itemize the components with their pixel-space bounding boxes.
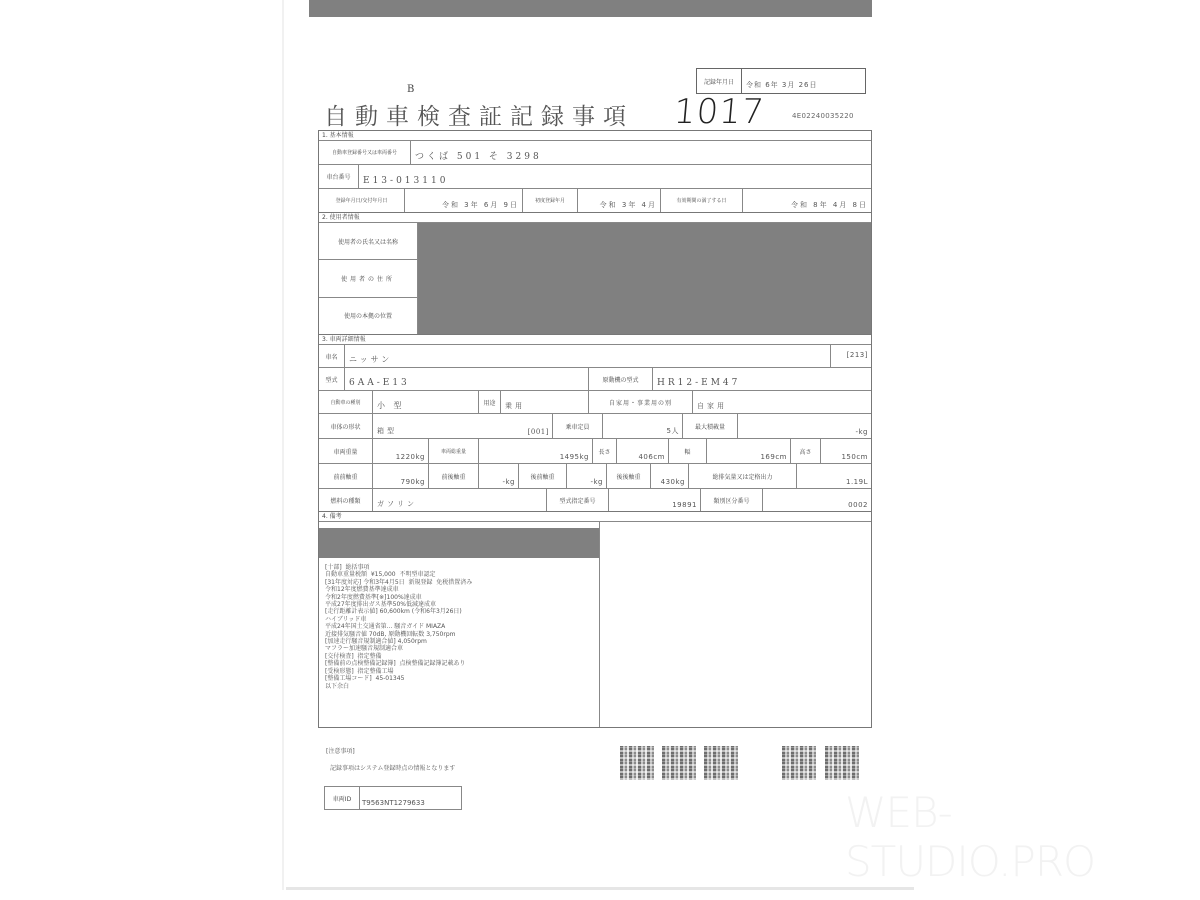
model-row: 型式 6AA-E13 原動機の型式 HR12-EM47 xyxy=(319,367,871,390)
rear-axle-label: 後後軸重 xyxy=(607,464,651,488)
qr-code-5-icon xyxy=(825,746,859,780)
type-row: 自動車の種別 小 型 用途 乗用 自家用・事業用の別 自家用 xyxy=(319,390,871,413)
model-value: 6AA-E13 xyxy=(345,368,589,390)
first-year-label: 初度登録年月 xyxy=(523,189,578,212)
remarks-right-panel xyxy=(600,522,871,727)
remarks-block: [十部] 総括事項 自動車重量税額 ¥15,000 不明型車認定 [31年度対応… xyxy=(319,521,871,727)
remarks-left-panel: [十部] 総括事項 自動車重量税額 ¥15,000 不明型車認定 [31年度対応… xyxy=(319,522,600,727)
body-value-text: 箱型 xyxy=(377,426,397,436)
gross-weight-label: 車両総重量 xyxy=(429,439,479,463)
engine-label: 原動機の型式 xyxy=(589,368,653,390)
registration-row: 自動車登録番号又は車両番号 つくば 501 そ 3298 xyxy=(319,140,871,164)
page-edge xyxy=(282,0,284,890)
length-label: 長さ xyxy=(593,439,617,463)
rear-front-axle-label: 後前軸重 xyxy=(519,464,567,488)
registration-value: つくば 501 そ 3298 xyxy=(411,141,871,164)
model-label: 型式 xyxy=(319,368,345,390)
handwritten-note: 1017 xyxy=(672,92,766,132)
notes-text: 記録事項はシステム登録時点の情報となります xyxy=(330,763,455,772)
remarks-redaction xyxy=(319,528,599,558)
user-info-labels: 使用者の氏名又は名称 使用者の住所 使用の本拠の位置 xyxy=(319,223,418,334)
fuel-row: 燃料の種類 ガソリン 型式指定番号 19891 類別区分番号 0002 xyxy=(319,488,871,511)
body-value: 箱型 [001] xyxy=(373,414,553,438)
front-axle-label: 前前軸重 xyxy=(319,464,373,488)
issue-date-box: 記録年月日 令和 6年 3月 26日 xyxy=(696,68,866,94)
expiry-value: 令和 8年 4月 8日 xyxy=(743,189,871,212)
displacement-label: 総排気量又は定格出力 xyxy=(689,464,797,488)
document-title: 自動車検査証記録事項 xyxy=(324,98,634,131)
capacity-value: 5人 xyxy=(603,414,683,438)
body-code: [001] xyxy=(528,428,549,436)
category-value: 0002 xyxy=(763,489,871,511)
chassis-value: E13-013110 xyxy=(359,165,871,188)
weight-value: 1220kg xyxy=(373,439,429,463)
series-letter: B xyxy=(407,84,414,95)
height-value: 150cm xyxy=(821,439,871,463)
notes-heading: [注意事項] xyxy=(326,746,355,755)
max-load-value: -kg xyxy=(738,414,871,438)
user-info-redaction xyxy=(418,223,871,334)
vehicle-id-label: 車両ID xyxy=(325,787,360,809)
vehicle-id-box: 車両ID T9563NT1279633 xyxy=(324,786,462,810)
length-value: 406cm xyxy=(617,439,669,463)
user-name-label: 使用者の氏名又は名称 xyxy=(319,223,417,259)
rear-axle-value: 430kg xyxy=(651,464,689,488)
user-info-block: 使用者の氏名又は名称 使用者の住所 使用の本拠の位置 xyxy=(319,222,871,334)
registration-label: 自動車登録番号又は車両番号 xyxy=(319,141,411,164)
type-approval-label: 型式指定番号 xyxy=(547,489,609,511)
dates-row: 登録年月日/交付年月日 令和 3年 6月 9日 初度登録年月 令和 3年 4月 … xyxy=(319,188,871,212)
width-label: 幅 xyxy=(669,439,707,463)
max-load-label: 最大積載量 xyxy=(683,414,738,438)
document-number: 4E02240035220 xyxy=(792,112,854,120)
use-value: 乗用 xyxy=(501,391,589,413)
section4-heading: 4. 備考 xyxy=(319,511,871,521)
gross-weight-value: 1495kg xyxy=(479,439,593,463)
use-label: 用途 xyxy=(479,391,501,413)
first-year-value: 令和 3年 4月 xyxy=(578,189,661,212)
section3-heading: 3. 車両詳細情報 xyxy=(319,334,871,344)
make-value: ニッサン xyxy=(345,345,831,367)
page-edge-bottom xyxy=(286,887,914,890)
front-axle-value: 790kg xyxy=(373,464,429,488)
rear-front-axle-value: -kg xyxy=(567,464,607,488)
front-rear-axle-value: -kg xyxy=(479,464,519,488)
chassis-row: 車台番号 E13-013110 xyxy=(319,164,871,188)
width-value: 169cm xyxy=(707,439,791,463)
qr-code-3-icon xyxy=(704,746,738,780)
expiry-label: 有効期間の満了する日 xyxy=(661,189,743,212)
first-reg-value: 令和 3年 6月 9日 xyxy=(405,189,523,212)
qr-code-4-icon xyxy=(782,746,816,780)
displacement-value: 1.19L xyxy=(797,464,871,488)
fuel-value: ガソリン xyxy=(373,489,547,511)
make-row: 車名 ニッサン [213] xyxy=(319,344,871,367)
axle-row: 前前軸重 790kg 前後軸重 -kg 後前軸重 -kg 後後軸重 430kg … xyxy=(319,463,871,488)
watermark: WEB-STUDIO.PRO xyxy=(845,788,1200,886)
type-value: 小 型 xyxy=(373,391,479,413)
section1-heading: 1. 基本情報 xyxy=(319,130,871,140)
remarks-text: [十部] 総括事項 自動車重量税額 ¥15,000 不明型車認定 [31年度対応… xyxy=(325,564,472,690)
type-approval-value: 19891 xyxy=(609,489,701,511)
private-value: 自家用 xyxy=(693,391,871,413)
body-label: 車体の形状 xyxy=(319,414,373,438)
body-row: 車体の形状 箱型 [001] 乗車定員 5人 最大積載量 -kg xyxy=(319,413,871,438)
issue-date-label: 記録年月日 xyxy=(697,69,742,93)
fuel-label: 燃料の種類 xyxy=(319,489,373,511)
category-label: 類別区分番号 xyxy=(701,489,763,511)
inspection-form: 1. 基本情報 自動車登録番号又は車両番号 つくば 501 そ 3298 車台番… xyxy=(318,130,872,728)
qr-code-1-icon xyxy=(620,746,654,780)
vehicle-id-value: T9563NT1279633 xyxy=(360,787,461,809)
make-code: [213] xyxy=(831,345,871,367)
weight-row: 車両重量 1220kg 車両総重量 1495kg 長さ 406cm 幅 169c… xyxy=(319,438,871,463)
capacity-label: 乗車定員 xyxy=(553,414,603,438)
base-location-label: 使用の本拠の位置 xyxy=(319,297,417,334)
weight-label: 車両重量 xyxy=(319,439,373,463)
private-label: 自家用・事業用の別 xyxy=(589,391,693,413)
type-label: 自動車の種別 xyxy=(319,391,373,413)
section2-heading: 2. 使用者情報 xyxy=(319,212,871,222)
make-label: 車名 xyxy=(319,345,345,367)
qr-code-2-icon xyxy=(662,746,696,780)
user-address-label: 使用者の住所 xyxy=(319,259,417,296)
height-label: 高さ xyxy=(791,439,821,463)
first-reg-label: 登録年月日/交付年月日 xyxy=(319,189,405,212)
issue-date-value: 令和 6年 3月 26日 xyxy=(742,69,865,93)
redaction-bar-top xyxy=(309,0,872,17)
engine-value: HR12-EM47 xyxy=(653,368,871,390)
front-rear-axle-label: 前後軸重 xyxy=(429,464,479,488)
chassis-label: 車台番号 xyxy=(319,165,359,188)
